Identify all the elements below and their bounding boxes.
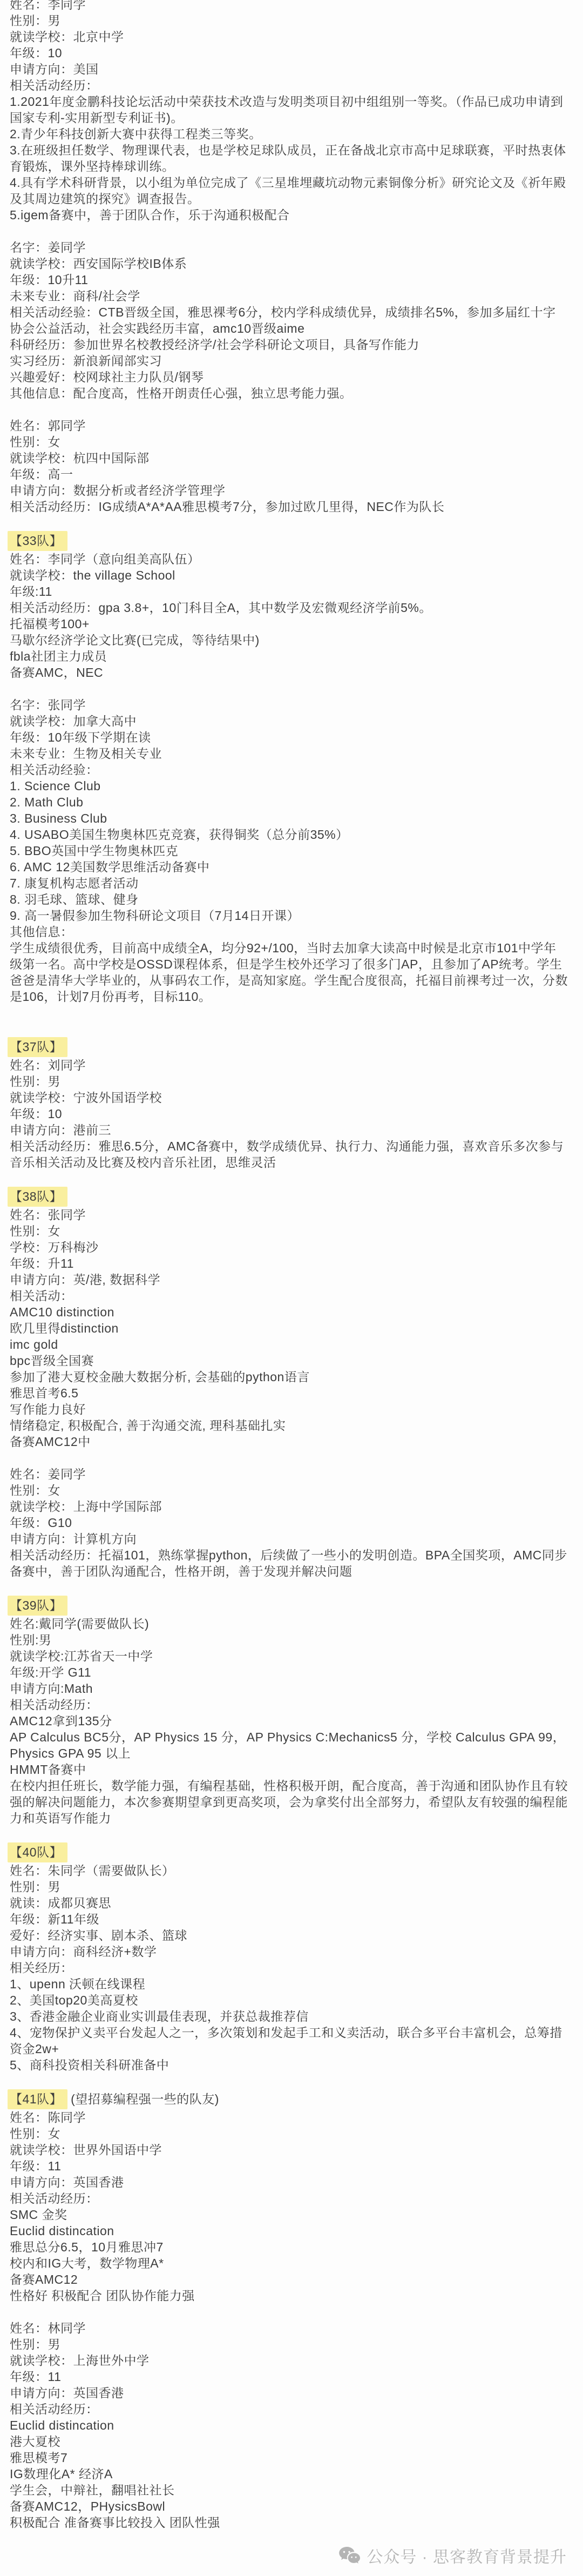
text-line: 就读：成都贝赛思 bbox=[10, 1895, 568, 1911]
text-line: bpc晋级全国赛 bbox=[10, 1353, 568, 1369]
text-line: 年级：11 bbox=[10, 2369, 568, 2385]
text-line: 其他信息： bbox=[10, 924, 568, 940]
text-line: HMMT备赛中 bbox=[10, 1761, 568, 1778]
text-line: 5. BBO英国中学生物奥林匹克 bbox=[10, 843, 568, 859]
text-line: AP Calculus BC5分，AP Physics 15 分，AP Phys… bbox=[10, 1729, 568, 1761]
text-line: 就读学校：上海中学国际部 bbox=[10, 1498, 568, 1515]
team-header: 【37队】 bbox=[10, 1037, 568, 1057]
text-line: 写作能力良好 bbox=[10, 1401, 568, 1417]
text-line: 3、香港金融企业商业实训最佳表现，并获总裁推荐信 bbox=[10, 2008, 568, 2025]
text-line: 4、宠物保护义卖平台发起人之一，多次策划和发起手工和义卖活动，联合多平台丰富机会… bbox=[10, 2025, 568, 2057]
text-line: 欧几里得distinction bbox=[10, 1320, 568, 1336]
text-line: 年级：新11年级 bbox=[10, 1911, 568, 1927]
team-header-note: (望招募编程强一些的队友) bbox=[71, 2092, 219, 2106]
text-line: 9. 高一暑假参加生物科研论文项目（7月14日开课） bbox=[10, 907, 568, 924]
text-line: 相关活动经历：IG成绩A*A*AA雅思模考7分，参加过欧几里得，NEC作为队长 bbox=[10, 499, 568, 515]
text-line: 爱好：经济实事、剧本杀、篮球 bbox=[10, 1927, 568, 1943]
text-line: 雅思首考6.5 bbox=[10, 1385, 568, 1401]
text-line: 年级：高一 bbox=[10, 466, 568, 482]
text-line: 姓名：朱同学（需要做队长） bbox=[10, 1862, 568, 1879]
text-line: 姓名：刘同学 bbox=[10, 1057, 568, 1073]
text-line: 雅思总分6.5，10月雅思冲7 bbox=[10, 2239, 568, 2255]
text-line: 性别：女 bbox=[10, 434, 568, 450]
text-line: 1.2021年度金鹏科技论坛活动中荣获技术改造与发明类项目初中组组别一等奖。（作… bbox=[10, 93, 568, 126]
blank-line bbox=[10, 681, 568, 697]
text-line: 8. 羽毛球、篮球、健身 bbox=[10, 891, 568, 907]
text-line: 姓名：林同学 bbox=[10, 2320, 568, 2336]
text-line: 年级：10 bbox=[10, 45, 568, 61]
text-line: 相关活动经验： bbox=[10, 762, 568, 778]
text-line: 备赛AMC12中 bbox=[10, 1434, 568, 1450]
wechat-bubbles-icon bbox=[338, 2546, 360, 2565]
text-line: 3. Business Club bbox=[10, 810, 568, 826]
team-tag-highlight: 【39队】 bbox=[8, 1596, 67, 1616]
text-line: 相关经历： bbox=[10, 1960, 568, 1976]
text-line: 2、美国top20美高夏校 bbox=[10, 1992, 568, 2008]
text-line: 姓名：张同学 bbox=[10, 1207, 568, 1223]
text-line: 年级：G10 bbox=[10, 1515, 568, 1531]
text-line: 相关活动经历：gpa 3.8+，10门科目全A，其中数学及宏微观经济学前5%。 bbox=[10, 600, 568, 616]
text-line: 积极配合 准备赛事比较投入 团队性强 bbox=[10, 2514, 568, 2531]
text-line: 就读学校：西安国际学校IB体系 bbox=[10, 255, 568, 272]
team-header: 【40队】 bbox=[10, 1842, 568, 1862]
text-line: 3.在班级担任数学、物理课代表，也是学校足球队成员，正在备战北京市高中足球联赛，… bbox=[10, 142, 568, 174]
text-line: 姓名：李同学 bbox=[10, 0, 568, 12]
text-line: 备赛AMC12，PHysicsBowl bbox=[10, 2498, 568, 2514]
text-line: 名字：姜同学 bbox=[10, 239, 568, 255]
text-line: 姓名：陈同学 bbox=[10, 2109, 568, 2126]
text-line: 年级：10年级下学期在读 bbox=[10, 729, 568, 745]
text-line: 申请方向：美国 bbox=[10, 61, 568, 77]
text-line: 申请方向：英国香港 bbox=[10, 2174, 568, 2190]
text-line: 申请方向：英国香港 bbox=[10, 2385, 568, 2401]
team-header: 【39队】 bbox=[10, 1596, 568, 1616]
text-line: 情绪稳定, 积极配合, 善于沟通交流, 理科基础扎实 bbox=[10, 1417, 568, 1434]
text-line: SMC 金奖 bbox=[10, 2207, 568, 2223]
watermark-footer: 公众号 · 思客教育背景提升 bbox=[338, 2544, 567, 2567]
blank-line bbox=[10, 1021, 568, 1037]
text-line: 姓名:戴同学(需要做队长) bbox=[10, 1616, 568, 1632]
text-line: 参加了港大夏校金融大数据分析, 会基础的python语言 bbox=[10, 1369, 568, 1385]
text-line: Euclid distincation bbox=[10, 2417, 568, 2433]
text-line: 名字：张同学 bbox=[10, 697, 568, 713]
blank-line bbox=[10, 1826, 568, 1842]
text-line: 性别：男 bbox=[10, 12, 568, 29]
text-line: 学生会，中辩社，翻唱社社长 bbox=[10, 2482, 568, 2498]
text-line: 年级：10 bbox=[10, 1106, 568, 1122]
text-line: 申请方向:Math bbox=[10, 1680, 568, 1697]
text-line: 性别：男 bbox=[10, 2336, 568, 2352]
team-tag-highlight: 【37队】 bbox=[8, 1037, 67, 1057]
text-line: 港大夏校 bbox=[10, 2433, 568, 2450]
team-tag-highlight: 【40队】 bbox=[8, 1842, 67, 1862]
blank-line bbox=[10, 223, 568, 239]
text-line: 申请方向：港前三 bbox=[10, 1122, 568, 1138]
text-line: 性别：男 bbox=[10, 1879, 568, 1895]
text-line: 相关活动经历： bbox=[10, 77, 568, 93]
text-line: 性格好 积极配合 团队协作能力强 bbox=[10, 2288, 568, 2304]
text-line: 申请方向：商科经济+数学 bbox=[10, 1943, 568, 1960]
text-line: 雅思模考7 bbox=[10, 2450, 568, 2466]
blank-line bbox=[10, 2304, 568, 2320]
text-line: 学生成绩很优秀，目前高中成绩全A，均分92+/100，当时去加拿大读高中时候是北… bbox=[10, 940, 568, 1005]
team-tag-highlight: 【38队】 bbox=[8, 1187, 67, 1207]
text-line: 4.具有学术科研背景，以小组为单位完成了《三星堆埋藏坑动物元素铜像分析》研究论文… bbox=[10, 174, 568, 207]
text-line: Euclid distincation bbox=[10, 2223, 568, 2239]
text-line: 相关活动经历： bbox=[10, 1697, 568, 1713]
text-line: IG数理化A* 经济A bbox=[10, 2466, 568, 2482]
text-line: 相关活动经验：CTB晋级全国，雅思裸考6分，校内学科成绩优异，成绩排名5%，参加… bbox=[10, 304, 568, 337]
text-line: 就读学校：杭四中国际部 bbox=[10, 450, 568, 466]
text-line: AMC10 distinction bbox=[10, 1304, 568, 1320]
blank-line bbox=[10, 1450, 568, 1466]
team-tag-highlight: 【41队】 bbox=[8, 2089, 67, 2109]
blank-line bbox=[10, 1005, 568, 1021]
text-line: 姓名：李同学（意向组美高队伍） bbox=[10, 551, 568, 567]
text-line: 相关活动经历： bbox=[10, 2190, 568, 2207]
text-line: 兴趣爱好：校网球社主力队员/钢琴 bbox=[10, 369, 568, 385]
text-line: 就读学校：世界外国语中学 bbox=[10, 2142, 568, 2158]
text-line: 性别：女 bbox=[10, 1223, 568, 1239]
text-line: 申请方向：英/港, 数据科学 bbox=[10, 1272, 568, 1288]
text-line: 在校内担任班长，数学能力强，有编程基础，性格积极开朗，配合度高，善于沟通和团队协… bbox=[10, 1778, 568, 1826]
text-line: 1. Science Club bbox=[10, 778, 568, 794]
text-line: 未来专业：生物及相关专业 bbox=[10, 745, 568, 762]
text-line: 马歇尔经济学论文比赛(已完成，等待结果中) bbox=[10, 632, 568, 648]
text-line: 性别：男 bbox=[10, 1073, 568, 1089]
text-line: 性别：女 bbox=[10, 2126, 568, 2142]
text-line: AMC12拿到135分 bbox=[10, 1713, 568, 1729]
text-line: 相关活动： bbox=[10, 1288, 568, 1304]
text-line: 1、upenn 沃顿在线课程 bbox=[10, 1976, 568, 1992]
text-line: 申请方向：数据分析或者经济学管理学 bbox=[10, 482, 568, 499]
blank-line bbox=[10, 515, 568, 531]
text-line: imc gold bbox=[10, 1336, 568, 1353]
text-line: 4. USABO美国生物奥林匹克竞赛，获得铜奖（总分前35%） bbox=[10, 826, 568, 843]
text-line: 实习经历：新浪新闻部实习 bbox=[10, 353, 568, 369]
team-tag-highlight: 【33队】 bbox=[8, 531, 67, 551]
document-body: 姓名：李同学性别：男就读学校：北京中学年级：10申请方向：美国相关活动经历：1.… bbox=[0, 0, 583, 2531]
blank-line bbox=[10, 2073, 568, 2089]
text-line: 年级:开学 G11 bbox=[10, 1664, 568, 1680]
text-line: 就读学校：上海世外中学 bbox=[10, 2352, 568, 2369]
text-line: 备赛AMC，NEC bbox=[10, 664, 568, 681]
text-line: 2.青少年科技创新大赛中获得工程类三等奖。 bbox=[10, 126, 568, 142]
text-line: 相关活动经历：托福101，熟练掌握python，后续做了一些小的发明创造。BPA… bbox=[10, 1547, 568, 1579]
text-line: 年级：11 bbox=[10, 2158, 568, 2174]
text-line: 申请方向：计算机方向 bbox=[10, 1531, 568, 1547]
watermark-label: 公众号 · 思客教育背景提升 bbox=[367, 2544, 567, 2567]
text-line: 相关活动经历：雅思6.5分，AMC备赛中，数学成绩优异、执行力、沟通能力强，喜欢… bbox=[10, 1138, 568, 1171]
text-line: 年级：升11 bbox=[10, 1255, 568, 1272]
text-line: 就读学校：the village School bbox=[10, 567, 568, 583]
text-line: 托福模考100+ bbox=[10, 616, 568, 632]
text-line: 性别:男 bbox=[10, 1632, 568, 1648]
text-line: 备赛AMC12 bbox=[10, 2271, 568, 2288]
text-line: 7. 康复机构志愿者活动 bbox=[10, 875, 568, 891]
blank-line bbox=[10, 401, 568, 418]
team-header: 【33队】 bbox=[10, 531, 568, 551]
text-line: 姓名：郭同学 bbox=[10, 418, 568, 434]
text-line: 性别：女 bbox=[10, 1482, 568, 1498]
text-line: 年级:11 bbox=[10, 583, 568, 600]
text-line: 就读学校:江苏省天一中学 bbox=[10, 1648, 568, 1664]
text-line: 就读学校：北京中学 bbox=[10, 29, 568, 45]
text-line: 5.igem备赛中，善于团队合作，乐于沟通积极配合 bbox=[10, 207, 568, 223]
text-line: 姓名：姜同学 bbox=[10, 1466, 568, 1482]
text-line: 其他信息：配合度高，性格开朗责任心强，独立思考能力强。 bbox=[10, 385, 568, 401]
text-line: 学校：万科梅沙 bbox=[10, 1239, 568, 1255]
text-line: 6. AMC 12美国数学思维活动备赛中 bbox=[10, 859, 568, 875]
article-page: 姓名：李同学性别：男就读学校：北京中学年级：10申请方向：美国相关活动经历：1.… bbox=[0, 0, 583, 2576]
blank-line bbox=[10, 1171, 568, 1187]
text-line: 科研经历：参加世界名校教授经济学/社会学科研论文项目，具备写作能力 bbox=[10, 337, 568, 353]
text-line: fbla社团主力成员 bbox=[10, 648, 568, 664]
text-line: 未来专业：商科/社会学 bbox=[10, 288, 568, 304]
team-header: 【41队】(望招募编程强一些的队友) bbox=[10, 2089, 568, 2109]
text-line: 年级：10升11 bbox=[10, 272, 568, 288]
text-line: 就读学校：宁波外国语学校 bbox=[10, 1089, 568, 1106]
text-line: 校内和IG大考，数学物理A* bbox=[10, 2255, 568, 2271]
text-line: 2. Math Club bbox=[10, 794, 568, 810]
text-line: 相关活动经历： bbox=[10, 2401, 568, 2417]
text-line: 5、商科投资相关科研准备中 bbox=[10, 2057, 568, 2073]
team-header: 【38队】 bbox=[10, 1187, 568, 1207]
text-line: 就读学校：加拿大高中 bbox=[10, 713, 568, 729]
blank-line bbox=[10, 1579, 568, 1596]
